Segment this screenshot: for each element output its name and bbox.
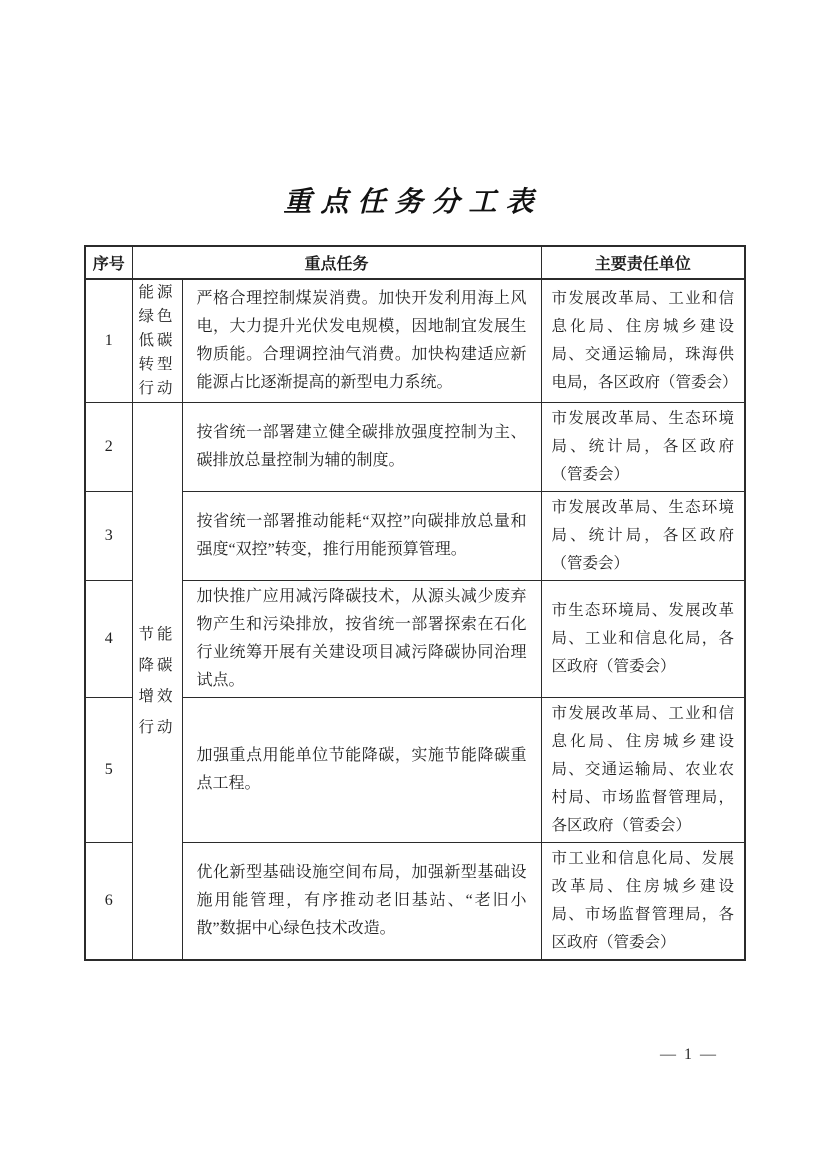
row-5-task: 加强重点用能单位节能降碳，实施节能降碳重点工程。 [182,698,541,843]
row-2-units: 市发展改革局、生态环境局、统计局，各区政府（管委会） [541,403,745,492]
row-5-index: 5 [85,698,132,843]
task-division-table: 序号 重点任务 主要责任单位 1 能源 绿色 低碳 转型 行动 严格合理控制煤炭… [84,245,746,961]
row-4-index: 4 [85,581,132,698]
row-3-index: 3 [85,492,132,581]
table-row: 2 节能 降碳 增效 行动 按省统一部署建立健全碳排放强度控制为主、碳排放总量控… [85,403,745,492]
row-1-index: 1 [85,279,132,403]
category-energy-green-transition: 能源 绿色 低碳 转型 行动 [132,279,182,403]
document-page: 重点任务分工表 序号 重点任务 主要责任单位 1 能源 绿色 低碳 转型 行动 … [0,0,826,1169]
row-3-units: 市发展改革局、生态环境局、统计局，各区政府（管委会） [541,492,745,581]
page-number: — 1 — [660,1046,718,1064]
row-6-task: 优化新型基础设施空间布局，加强新型基础设施用能管理，有序推动老旧基站、“老旧小散… [182,843,541,961]
table-row: 1 能源 绿色 低碳 转型 行动 严格合理控制煤炭消费。加快开发利用海上风电，大… [85,279,745,403]
table-row: 5 加强重点用能单位节能降碳，实施节能降碳重点工程。 市发展改革局、工业和信息化… [85,698,745,843]
header-index: 序号 [85,246,132,279]
row-2-task: 按省统一部署建立健全碳排放强度控制为主、碳排放总量控制为辅的制度。 [182,403,541,492]
table-row: 6 优化新型基础设施空间布局，加强新型基础设施用能管理，有序推动老旧基站、“老旧… [85,843,745,961]
table-row: 4 加快推广应用减污降碳技术，从源头减少废弃物产生和污染排放，按省统一部署探索在… [85,581,745,698]
row-5-units: 市发展改革局、工业和信息化局、住房城乡建设局、交通运输局、农业农村局、市场监督管… [541,698,745,843]
row-1-units: 市发展改革局、工业和信息化局、住房城乡建设局、交通运输局，珠海供电局，各区政府（… [541,279,745,403]
table-header-row: 序号 重点任务 主要责任单位 [85,246,745,279]
document-title: 重点任务分工表 [0,180,826,220]
category-energy-saving-carbon-reduction: 节能 降碳 增效 行动 [132,403,182,961]
row-2-index: 2 [85,403,132,492]
row-6-units: 市工业和信息化局、发展改革局、住房城乡建设局、市场监督管理局，各区政府（管委会） [541,843,745,961]
header-unit: 主要责任单位 [541,246,745,279]
table-row: 3 按省统一部署推动能耗“双控”向碳排放总量和强度“双控”转变，推行用能预算管理… [85,492,745,581]
row-4-task: 加快推广应用减污降碳技术，从源头减少废弃物产生和污染排放，按省统一部署探索在石化… [182,581,541,698]
header-task: 重点任务 [132,246,541,279]
row-3-task: 按省统一部署推动能耗“双控”向碳排放总量和强度“双控”转变，推行用能预算管理。 [182,492,541,581]
row-6-index: 6 [85,843,132,961]
row-1-task: 严格合理控制煤炭消费。加快开发利用海上风电，大力提升光伏发电规模，因地制宜发展生… [182,279,541,403]
row-4-units: 市生态环境局、发展改革局、工业和信息化局，各区政府（管委会） [541,581,745,698]
